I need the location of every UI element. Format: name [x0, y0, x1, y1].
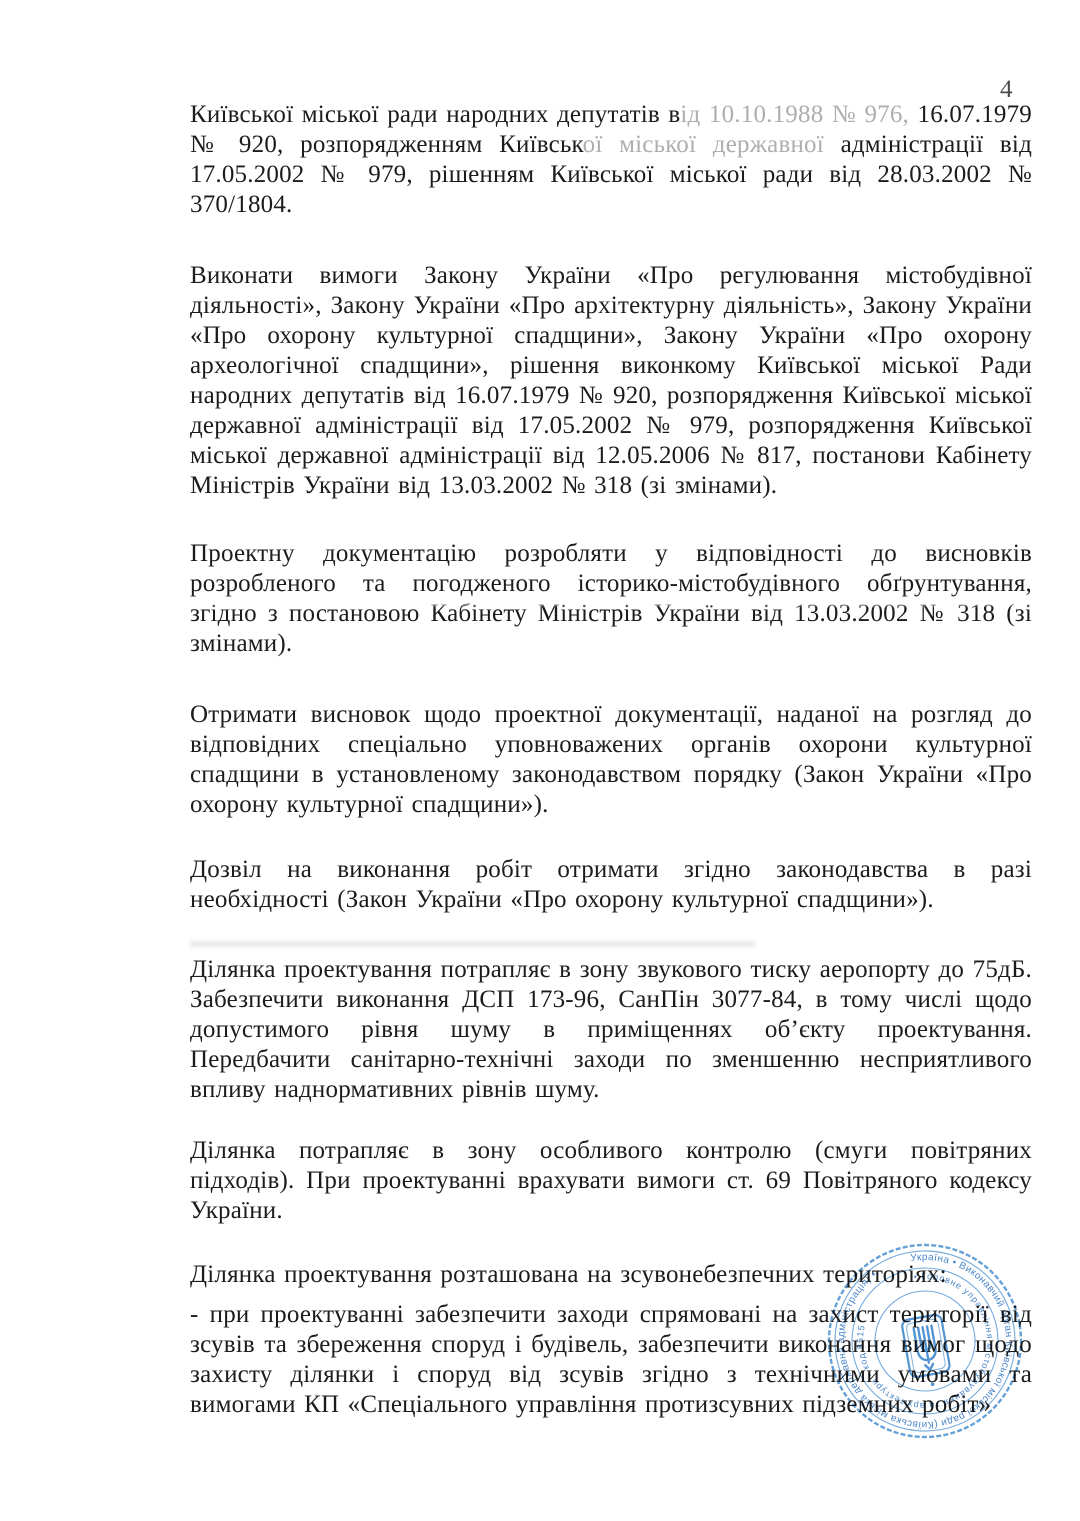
- paragraph: Ділянка проектування потрапляє в зону зв…: [190, 955, 1032, 1105]
- text-segment: Отримати висновок щодо проектної докумен…: [190, 701, 1032, 818]
- text-segment: Ділянка потрапляє в зону особливого конт…: [190, 1137, 1032, 1224]
- text-segment: Дозвіл на виконання робіт отримати згідн…: [190, 856, 1032, 913]
- paragraph: Отримати висновок щодо проектної докумен…: [190, 700, 1032, 820]
- stamp-dot: [931, 1382, 935, 1386]
- tryzub-icon: [901, 1314, 950, 1378]
- document-page: 4 Київської міської ради народних депута…: [0, 0, 1080, 1521]
- official-stamp: Україна • Виконавчий орган Київської міс…: [825, 1241, 1025, 1441]
- text-segment: Виконати вимоги Закону України «Про регу…: [190, 262, 1032, 499]
- scan-artifact: [190, 597, 1030, 606]
- paragraph: Виконати вимоги Закону України «Про регу…: [190, 261, 1032, 501]
- faded-text-segment: ої міської державної: [583, 131, 824, 158]
- text-segment: Ділянка проектування потрапляє в зону зв…: [190, 956, 1032, 1103]
- text-segment: Київської міської ради народних депутаті…: [190, 101, 680, 128]
- faded-text-segment: ід 10.10.1988 № 976,: [680, 101, 909, 128]
- paragraph: Київської міської ради народних депутаті…: [190, 100, 1032, 220]
- paragraph: Дозвіл на виконання робіт отримати згідн…: [190, 855, 1032, 915]
- paragraph: Ділянка потрапляє в зону особливого конт…: [190, 1136, 1032, 1226]
- scan-artifact: [190, 941, 755, 947]
